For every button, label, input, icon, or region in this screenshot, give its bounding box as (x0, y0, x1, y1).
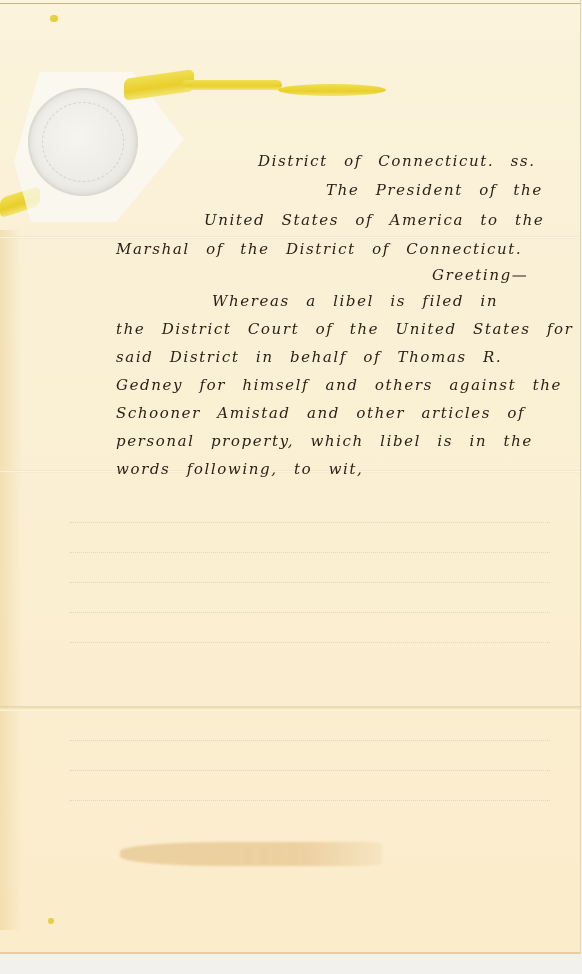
bleed-through-text (70, 642, 550, 644)
bleed-through-text (70, 522, 550, 524)
text-line: Whereas a libel is filed in (212, 292, 498, 310)
text-line: Gedney for himself and others against th… (116, 376, 562, 394)
scan-background (0, 954, 582, 974)
text-line: personal property, which libel is in the (116, 432, 533, 450)
water-stain (120, 842, 382, 866)
page-left-edge-discoloration (0, 230, 22, 930)
embossed-seal-icon (28, 88, 138, 196)
text-line: Marshal of the District of Connecticut. (116, 240, 522, 258)
text-line: The President of the (326, 181, 543, 199)
greeting-line: Greeting— (432, 266, 528, 284)
fold-line (0, 236, 580, 239)
bleed-through-text (70, 740, 550, 742)
bleed-through-text (70, 552, 550, 554)
page-top-edge (0, 3, 580, 4)
document-page: District of Connecticut. ss. The Preside… (0, 0, 581, 954)
text-line: Schooner Amistad and other articles of (116, 404, 525, 422)
text-line: said District in behalf of Thomas R. (116, 348, 502, 366)
heading-line: District of Connecticut. ss. (258, 152, 536, 170)
text-line: United States of America to the (204, 211, 544, 229)
wax-speck (50, 15, 58, 22)
bleed-through-text (70, 582, 550, 584)
wax-speck (48, 918, 54, 924)
text-line: the District Court of the United States … (116, 320, 573, 338)
ribbon-right-end (278, 84, 386, 96)
fold-line (0, 706, 580, 711)
bleed-through-text (70, 800, 550, 802)
bleed-through-text (70, 612, 550, 614)
ribbon-right (182, 80, 282, 90)
bleed-through-text (70, 770, 550, 772)
seal-inner-ring (42, 102, 124, 182)
text-line: words following, to wit, (116, 460, 363, 478)
